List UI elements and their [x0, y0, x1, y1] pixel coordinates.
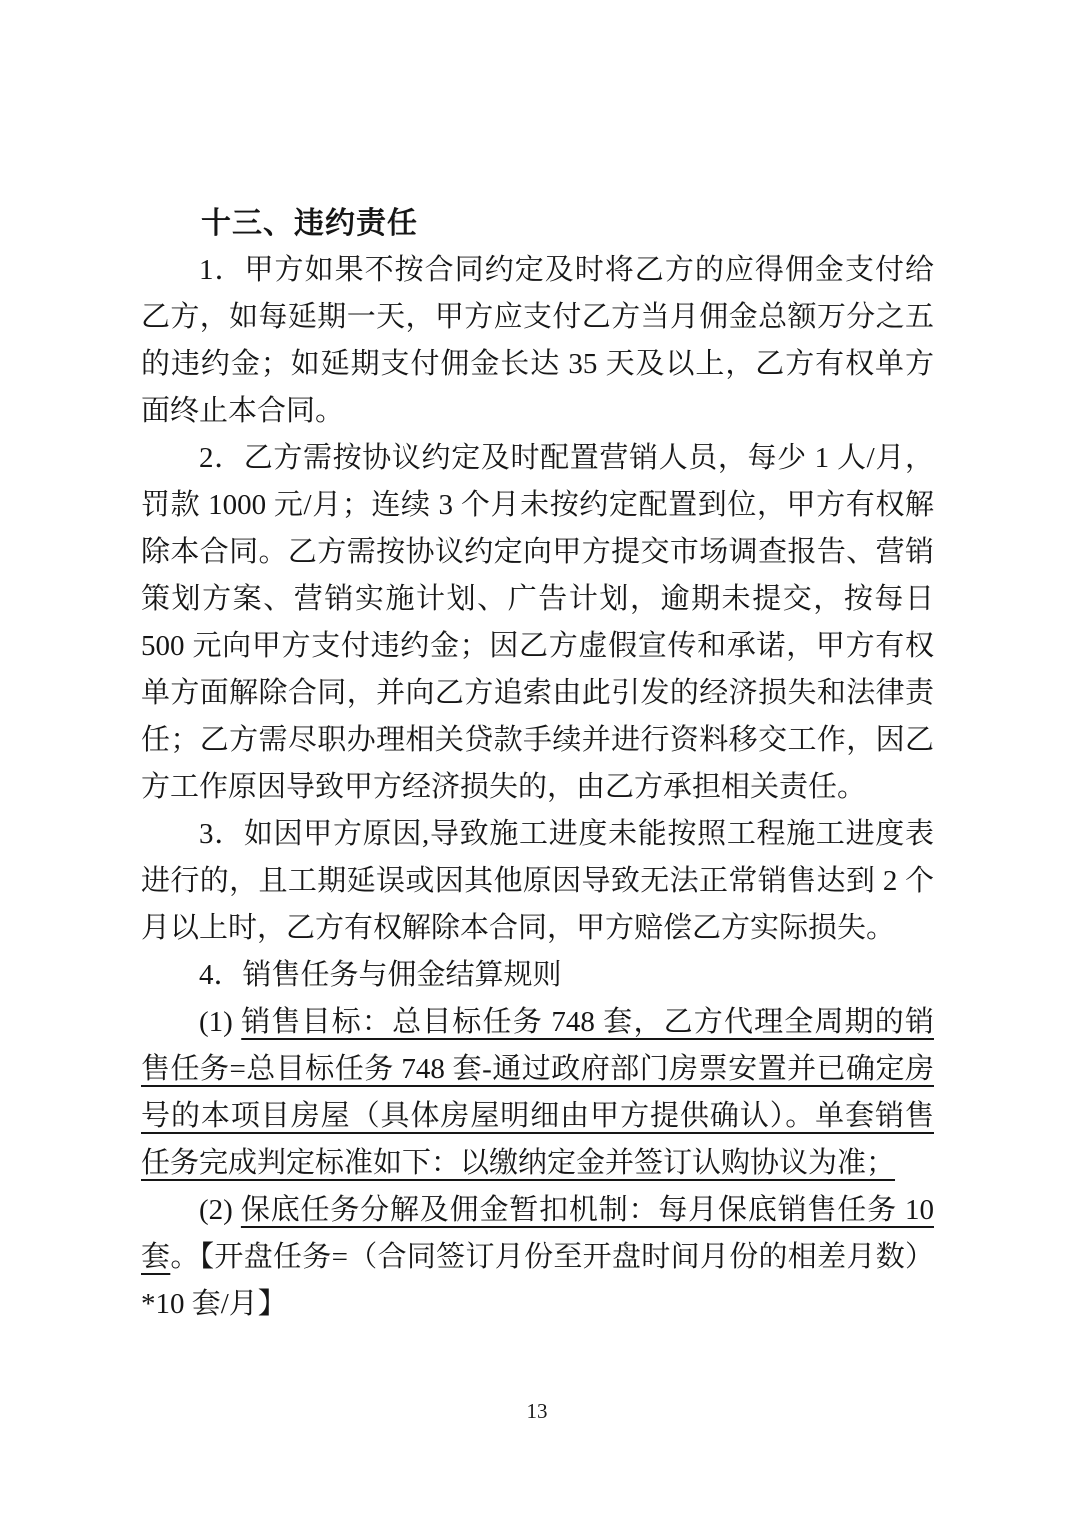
paragraph-breach-2: 2．乙方需按协议约定及时配置营销人员，每少 1 人/月，罚款 1000 元/月；…	[141, 435, 934, 811]
page-number: 13	[527, 1399, 548, 1423]
paragraph-breach-1: 1．甲方如果不按合同约定及时将乙方的应得佣金支付给乙方，如每延期一天，甲方应支付…	[141, 247, 934, 435]
paragraph-monthly-quota-formula-text: 。【开盘任务=（合同签订月份至开盘时间月份的相差月数）*10 套/月】	[141, 1241, 934, 1320]
paragraph-sales-target-marker: (1)	[199, 1006, 241, 1038]
paragraph-breach-3-text: 3．如因甲方原因,导致施工进度未能按照工程施工进度表进行的，且工期延误或因其他原…	[141, 818, 934, 944]
paragraph-sales-target-underlined-text: 销售目标：总目标任务 748 套，乙方代理全周期的销售任务=总目标任务 748 …	[141, 1006, 934, 1179]
paragraph-breach-4-text: 4．销售任务与佣金结算规则	[199, 959, 562, 991]
paragraph-breach-4: 4．销售任务与佣金结算规则	[141, 952, 934, 999]
page-footer: 13	[0, 1398, 1074, 1424]
document-page: 十三、违约责任 1．甲方如果不按合同约定及时将乙方的应得佣金支付给乙方，如每延期…	[0, 0, 1074, 1520]
paragraph-breach-1-text: 1．甲方如果不按合同约定及时将乙方的应得佣金支付给乙方，如每延期一天，甲方应支付…	[141, 254, 934, 427]
paragraph-breach-2-text: 2．乙方需按协议约定及时配置营销人员，每少 1 人/月，罚款 1000 元/月；…	[141, 442, 934, 803]
paragraph-breach-3: 3．如因甲方原因,导致施工进度未能按照工程施工进度表进行的，且工期延误或因其他原…	[141, 811, 934, 952]
paragraph-monthly-quota: (2) 保底任务分解及佣金暂扣机制：每月保底销售任务 10 套。【开盘任务=（合…	[141, 1187, 934, 1328]
section-heading: 十三、违约责任	[141, 200, 934, 247]
paragraph-monthly-quota-marker: (2)	[199, 1194, 241, 1226]
paragraph-sales-target: (1) 销售目标：总目标任务 748 套，乙方代理全周期的销售任务=总目标任务 …	[141, 999, 934, 1187]
